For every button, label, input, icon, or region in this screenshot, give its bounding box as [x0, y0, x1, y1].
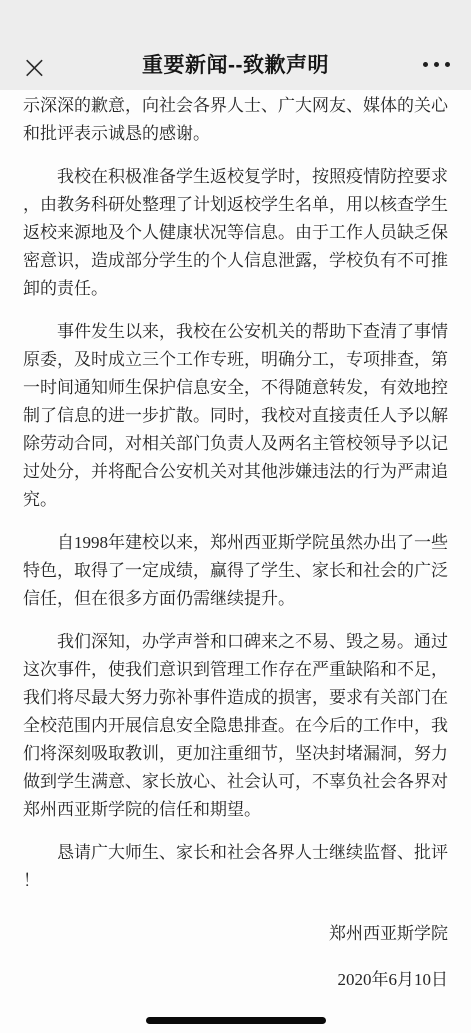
article-paragraph: 恳请广大师生、家长和社会各界人士继续监督、批评！ [23, 839, 448, 895]
page-title: 重要新闻--致歉声明 [60, 49, 411, 79]
wechat-article-screen: × 重要新闻--致歉声明 示深深的歉意，向社会各界人士、广大网友、媒体的关心和批… [0, 0, 471, 994]
date: 2020年6月10日 [23, 966, 448, 994]
article-paragraph: 我们深知，办学声誉和口碑来之不易、毁之易。通过这次事件，使我们意识到管理工作存在… [23, 628, 448, 824]
close-icon[interactable]: × [21, 51, 48, 83]
home-indicator[interactable] [146, 1017, 326, 1024]
more-dot [445, 62, 450, 67]
more-dot [423, 62, 428, 67]
article-paragraph: 自1998年建校以来，郑州西亚斯学院虽然办出了一些特色，取得了一定成绩，赢得了学… [23, 529, 448, 613]
article-scroll-area[interactable]: 示深深的歉意，向社会各界人士、广大网友、媒体的关心和批评表示诚恳的感谢。 我校在… [0, 90, 471, 994]
signature: 郑州西亚斯学院 [23, 920, 448, 948]
article-paragraph: 我校在积极准备学生返校复学时，按照疫情防控要求，由教务科研处整理了计划返校学生名… [23, 163, 448, 303]
more-dot [434, 62, 439, 67]
title-bar: × 重要新闻--致歉声明 [0, 0, 471, 90]
article-paragraph: 示深深的歉意，向社会各界人士、广大网友、媒体的关心和批评表示诚恳的感谢。 [23, 92, 448, 148]
more-menu-icon[interactable] [423, 58, 450, 71]
article-paragraph: 事件发生以来，我校在公安机关的帮助下查清了事情原委，及时成立三个工作专班，明确分… [23, 318, 448, 514]
